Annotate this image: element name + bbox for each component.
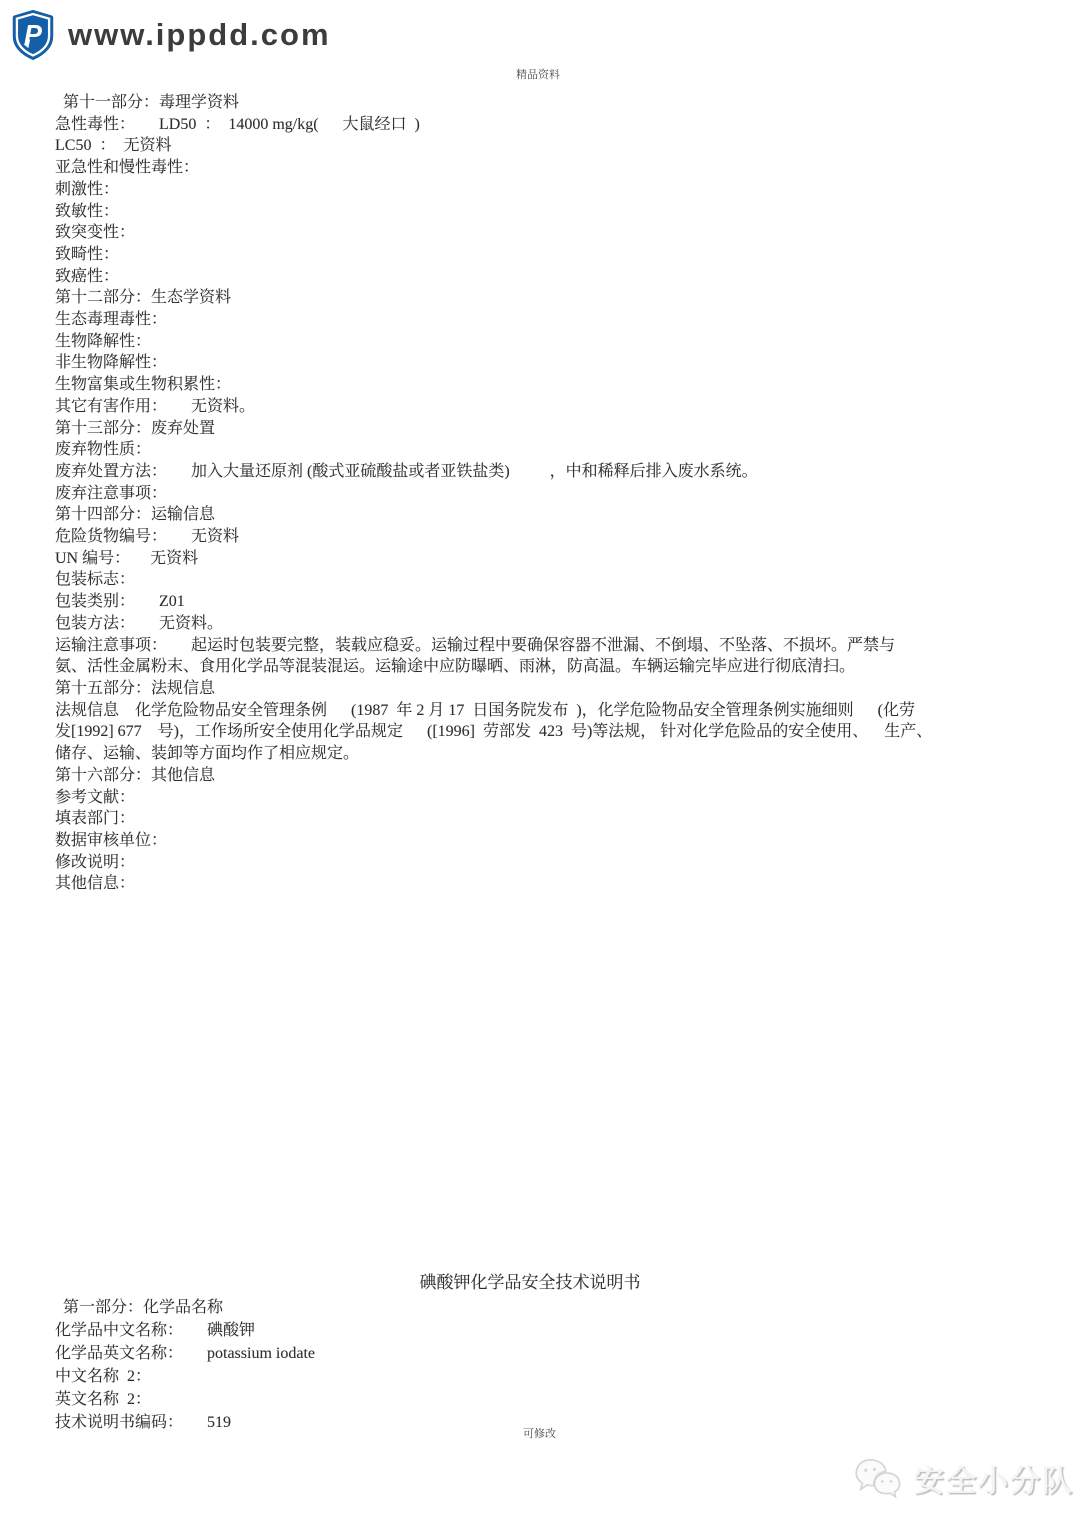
- bottom-note: 可修改: [523, 1425, 556, 1441]
- text-line: 其他信息：: [55, 873, 1060, 895]
- text-line: 危险货物编号： 无资料: [55, 526, 1060, 548]
- text-line: 修改说明：: [55, 852, 1060, 874]
- watermark: 安全小分队: [852, 1456, 1074, 1500]
- text-line: 第十三部分：废弃处置: [55, 418, 1060, 440]
- text-line: 其它有害作用： 无资料。: [55, 396, 1060, 418]
- text-line: 第十一部分：毒理学资料: [55, 92, 1060, 114]
- text-line: UN 编号： 无资料: [55, 548, 1060, 570]
- text-line: 生物降解性：: [55, 331, 1060, 353]
- text-line: 化学品中文名称： 碘酸钾: [55, 1319, 1060, 1342]
- text-line: 第十四部分：运输信息: [55, 504, 1060, 526]
- text-line: 致突变性：: [55, 222, 1060, 244]
- document-page: P www.ippdd.com 精品资料 第十一部分：毒理学资料急性毒性： LD…: [0, 0, 1080, 1528]
- shield-logo-icon: P: [10, 8, 56, 62]
- text-line: 数据审核单位：: [55, 830, 1060, 852]
- text-line: 包装类别： Z01: [55, 591, 1060, 613]
- text-line: 运输注意事项： 起运时包装要完整，装载应稳妥。运输过程中要确保容器不泄漏、不倒塌…: [55, 635, 1060, 657]
- site-url: www.ippdd.com: [68, 17, 331, 53]
- wechat-icon: [852, 1456, 904, 1500]
- text-line: 废弃处置方法： 加入大量还原剂 (酸式亚硫酸盐或者亚铁盐类) ，中和稀释后排入废…: [55, 461, 1060, 483]
- msds-sections-11-16: 第十一部分：毒理学资料急性毒性： LD50 ： 14000 mg/kg( 大鼠经…: [55, 92, 1060, 895]
- top-note: 精品资料: [516, 66, 560, 82]
- msds-section-1: 第一部分：化学品名称化学品中文名称： 碘酸钾化学品英文名称： potassium…: [55, 1296, 1060, 1434]
- site-logo: P www.ippdd.com: [10, 8, 331, 62]
- text-line: 第十六部分：其他信息: [55, 765, 1060, 787]
- text-line: 中文名称 2：: [55, 1365, 1060, 1388]
- text-line: 氨、活性金属粉末、食用化学品等混装混运。运输途中应防曝晒、雨淋，防高温。车辆运输…: [55, 656, 1060, 678]
- text-line: 刺激性：: [55, 179, 1060, 201]
- text-line: 英文名称 2：: [55, 1388, 1060, 1411]
- text-line: 化学品英文名称： potassium iodate: [55, 1342, 1060, 1365]
- text-line: 废弃物性质：: [55, 439, 1060, 461]
- text-line: 发[1992] 677 号)，工作场所安全使用化学品规定 ([1996] 劳部发…: [55, 721, 1060, 743]
- text-line: 致敏性：: [55, 201, 1060, 223]
- text-line: 第一部分：化学品名称: [55, 1296, 1060, 1319]
- text-line: 急性毒性： LD50 ： 14000 mg/kg( 大鼠经口 ): [55, 114, 1060, 136]
- text-line: 第十二部分：生态学资料: [55, 287, 1060, 309]
- text-line: LC50 ： 无资料: [55, 135, 1060, 157]
- text-line: 填表部门：: [55, 808, 1060, 830]
- text-line: 致畸性：: [55, 244, 1060, 266]
- text-line: 生物富集或生物积累性：: [55, 374, 1060, 396]
- text-line: 亚急性和慢性毒性：: [55, 157, 1060, 179]
- text-line: 生态毒理毒性：: [55, 309, 1060, 331]
- text-line: 废弃注意事项：: [55, 483, 1060, 505]
- text-line: 包装方法： 无资料。: [55, 613, 1060, 635]
- text-line: 第十五部分：法规信息: [55, 678, 1060, 700]
- text-line: 非生物降解性：: [55, 352, 1060, 374]
- text-line: 储存、运输、装卸等方面均作了相应规定。: [55, 743, 1060, 765]
- text-line: 法规信息 化学危险物品安全管理条例 (1987 年 2 月 17 日国务院发布 …: [55, 700, 1060, 722]
- watermark-text: 安全小分队: [914, 1456, 1074, 1500]
- page2-title: 碘酸钾化学品安全技术说明书: [0, 1268, 1060, 1293]
- text-line: 技术说明书编码： 519: [55, 1411, 1060, 1434]
- text-line: 致癌性：: [55, 266, 1060, 288]
- text-line: 包装标志：: [55, 569, 1060, 591]
- text-line: 参考文献：: [55, 787, 1060, 809]
